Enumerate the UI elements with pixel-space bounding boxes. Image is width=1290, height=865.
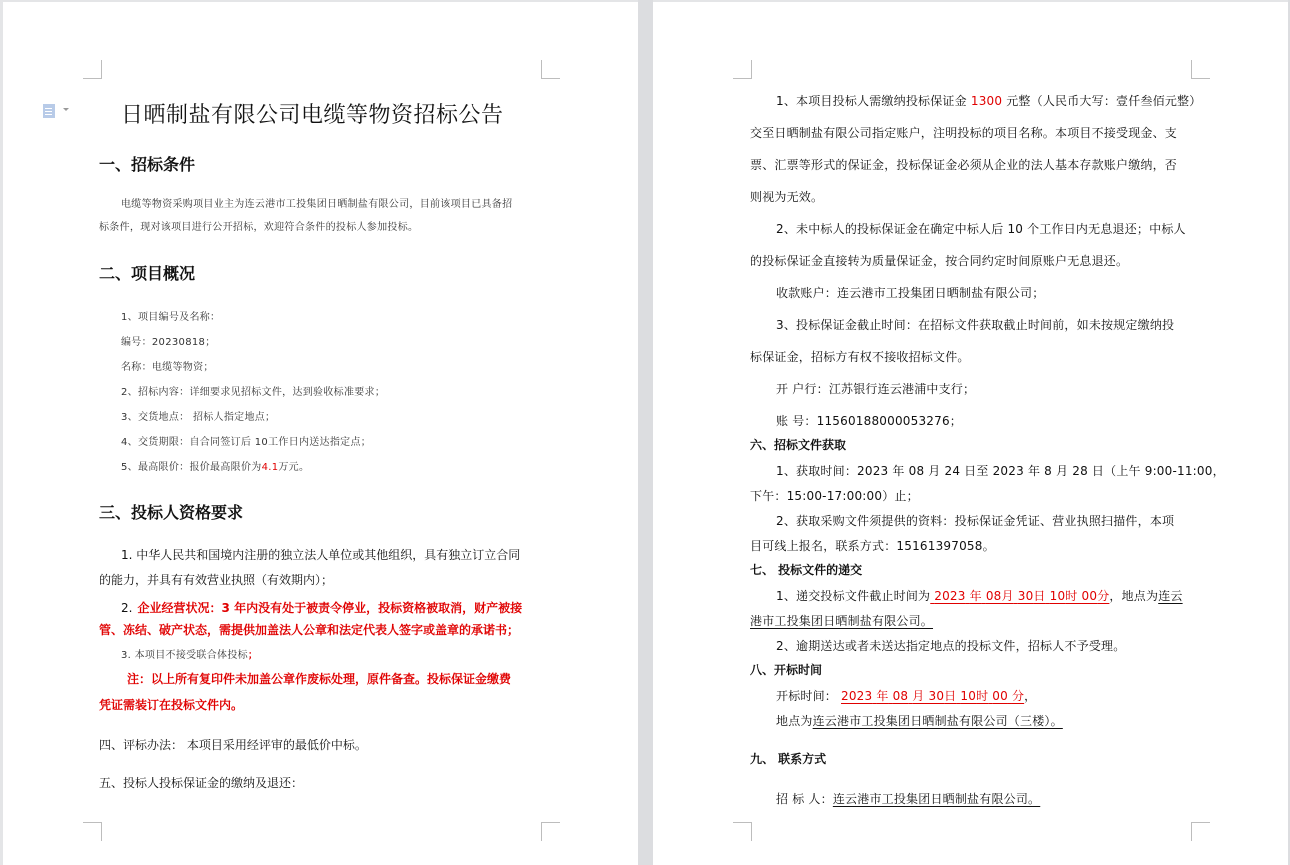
section-heading: 六、招标文件获取 xyxy=(750,436,846,453)
section-heading: 九、 联系方式 xyxy=(750,750,826,767)
text: 1、递交投标文件截止时间为 xyxy=(776,589,930,603)
label: 开标时间： xyxy=(776,689,841,703)
unit: 月 xyxy=(1002,589,1014,603)
label: 招 标 人： xyxy=(776,792,833,806)
document-page-1: 日晒制盐有限公司电缆等物资招标公告 一、招标条件 电缆等物资采购项目业主为连云港… xyxy=(3,2,638,865)
list-item: 2、招标内容：详细要求见招标文件，达到验收标准要求； xyxy=(121,383,385,398)
section-heading: 二、项目概况 xyxy=(99,261,195,284)
minute: 00 xyxy=(992,689,1008,703)
margin-corner-mark xyxy=(733,60,752,79)
contact-value: 连云港市工投集团日晒制盐有限公司。 xyxy=(833,792,1040,806)
paragraph-line: 票、汇票等形式的保证金，投标保证金必须从企业的法人基本存款账户缴纳，否 xyxy=(750,156,1177,173)
paragraph-line: 交至日晒制盐有限公司指定账户，注明投标的项目名称。本项目不接受现金、支 xyxy=(750,124,1177,141)
text: 地点为 xyxy=(776,714,813,728)
unit: 年 xyxy=(970,589,982,603)
margin-corner-mark xyxy=(1191,60,1210,79)
text: 5、最高限价：报价最高限价为 xyxy=(121,462,262,473)
paragraph-line: 目可线上报名，联系方式：15161397058。 xyxy=(750,537,995,554)
text: 3. 本项目不接受联合体投标 xyxy=(121,650,248,661)
unit: 年 xyxy=(876,689,888,703)
text: ， xyxy=(1024,689,1036,703)
paragraph-line: 1、获取时间：2023 年 08 月 24 日至 2023 年 8 月 28 日… xyxy=(776,462,1225,479)
hour: 10 xyxy=(1050,589,1066,603)
unit: 分 xyxy=(1012,689,1024,703)
unit: 月 xyxy=(912,689,924,703)
opening-time-line: 开标时间： 2023 年 08 月 30日 10时 00 分， xyxy=(776,687,1036,704)
account-number-line: 账 号：11560188000053276； xyxy=(776,412,962,429)
paragraph-line: 则视为无效。 xyxy=(750,188,823,205)
place-text: 港市工投集团日晒制盐有限公司。 xyxy=(750,612,933,629)
hour: 10 xyxy=(960,689,976,703)
paragraph-line: 标条件，现对该项目进行公开招标，欢迎符合条件的投标人参加投标。 xyxy=(99,218,418,233)
price-value: 4.1 xyxy=(262,462,279,473)
section-heading: 八、开标时间 xyxy=(750,661,822,678)
paragraph-line: 下午：15:00-17:00:00）止； xyxy=(750,487,919,504)
note-line: 凭证需装订在投标文件内。 xyxy=(99,696,243,713)
month: 08 xyxy=(986,589,1002,603)
section-heading: 一、招标条件 xyxy=(99,152,195,175)
paragraph-line-red: 2. 企业经营状况：3 年内没有处于被责令停业，投标资格被取消，财产被接 xyxy=(121,597,522,616)
paragraph-line: 2、逾期送达或者未送达指定地点的投标文件，招标人不予受理。 xyxy=(776,637,1125,654)
section-heading: 三、投标人资格要求 xyxy=(99,500,243,523)
unit: 时 xyxy=(976,689,988,703)
year: 2023 xyxy=(934,589,965,603)
chevron-down-icon[interactable] xyxy=(63,108,69,111)
margin-corner-mark xyxy=(1191,822,1210,841)
opening-date: 2023 年 08 月 30日 10时 00 分 xyxy=(841,689,1024,703)
paragraph-line: 的投标保证金直接转为质量保证金，按合同约定时间原账户无息退还。 xyxy=(750,252,1128,269)
item-number: 2. xyxy=(121,601,132,615)
place-line: 地点为连云港市工投集团日晒制盐有限公司（三楼）。 xyxy=(776,712,1063,729)
text: 1、本项目投标人需缴纳投标保证金 xyxy=(776,94,971,108)
margin-corner-mark xyxy=(541,822,560,841)
month: 08 xyxy=(893,689,909,703)
paragraph-line: 电缆等物资采购项目业主为连云港市工投集团日晒制盐有限公司，目前该项目已具备招 xyxy=(121,195,512,210)
paragraph-line: 3、投标保证金截止时间：在招标文件获取截止时间前，如未按规定缴纳投 xyxy=(776,316,1174,333)
list-item: 3、交货地点： 招标人指定地点； xyxy=(121,408,275,423)
year: 2023 xyxy=(841,689,872,703)
contact-line: 招 标 人：连云港市工投集团日晒制盐有限公司。 xyxy=(776,790,1040,807)
margin-corner-mark xyxy=(541,60,560,79)
page-gap xyxy=(638,0,653,865)
margin-corner-mark xyxy=(83,60,102,79)
minute: 00 xyxy=(1082,589,1098,603)
unit: 时 xyxy=(1065,589,1077,603)
text: 万元。 xyxy=(278,462,309,473)
list-item: 4、交货期限：自合同签订后 10工作日内送达指定点； xyxy=(121,433,371,448)
deposit-amount: 1300 xyxy=(971,94,1002,108)
list-item: 编号：20230818； xyxy=(121,333,216,348)
unit: 日 xyxy=(944,689,956,703)
text: ，地点为 xyxy=(1109,589,1158,603)
margin-corner-mark xyxy=(83,822,102,841)
text: 元整（人民币大写：壹仟叁佰元整） xyxy=(1002,94,1201,108)
text: ； xyxy=(248,650,258,661)
list-item: 1、项目编号及名称： xyxy=(121,308,220,323)
unit: 日 xyxy=(1033,589,1045,603)
paragraph-line-red: 管、冻结、破产状态，需提供加盖法人公章和法定代表人签字或盖章的承诺书； xyxy=(99,621,519,638)
paragraph-line: 2、未中标人的投标保证金在确定中标人后 10 个工作日内无息退还；中标人 xyxy=(776,220,1186,237)
note-line: 注：以上所有复印件未加盖公章作废标处理，原件备查。投标保证金缴费 xyxy=(127,670,511,687)
paragraph-line: 3. 本项目不接受联合体投标； xyxy=(121,646,258,661)
document-outline-icon[interactable] xyxy=(43,104,55,118)
paragraph-line: 1、递交投标文件截止时间为 2023 年 08月 30日 10时 00分，地点为… xyxy=(776,587,1183,604)
paragraph-line: 的能力，并具有有效营业执照（有效期内）； xyxy=(99,571,333,588)
place-text: 连云港市工投集团日晒制盐有限公司（三楼）。 xyxy=(813,714,1063,728)
page-title: 日晒制盐有限公司电缆等物资招标公告 xyxy=(121,98,504,129)
section-line: 五、投标人投标保证金的缴纳及退还： xyxy=(99,774,303,791)
paragraph-line: 1、本项目投标人需缴纳投标保证金 1300 元整（人民币大写：壹仟叁佰元整） xyxy=(776,92,1201,109)
paragraph-line: 2、获取采购文件须提供的资料：投标保证金凭证、营业执照扫描件，本项 xyxy=(776,512,1174,529)
document-page-2: 1、本项目投标人需缴纳投标保证金 1300 元整（人民币大写：壹仟叁佰元整） 交… xyxy=(653,2,1288,865)
section-line: 四、评标办法： 本项目采用经评审的最低价中标。 xyxy=(99,736,367,753)
unit: 分 xyxy=(1097,589,1109,603)
place-text: 连云 xyxy=(1158,589,1182,603)
list-item-price: 5、最高限价：报价最高限价为4.1万元。 xyxy=(121,458,309,473)
account-name-line: 收款账户：连云港市工投集团日晒制盐有限公司； xyxy=(776,284,1044,301)
list-item: 名称：电缆等物资； xyxy=(121,358,214,373)
paragraph-line: 1. 中华人民共和国境内注册的独立法人单位或其他组织，具有独立订立合同 xyxy=(121,546,520,563)
bank-line: 开 户行：江苏银行连云港浦中支行； xyxy=(776,380,975,397)
deadline-date: 2023 年 08月 30日 10时 00分 xyxy=(930,589,1109,603)
section-heading: 七、 投标文件的递交 xyxy=(750,561,862,578)
paragraph-line: 标保证金，招标方有权不接收招标文件。 xyxy=(750,348,970,365)
red-text: 企业经营状况：3 年内没有处于被责令停业，投标资格被取消，财产被接 xyxy=(138,601,523,615)
day: 30 xyxy=(929,689,945,703)
day: 30 xyxy=(1018,589,1034,603)
margin-corner-mark xyxy=(733,822,752,841)
